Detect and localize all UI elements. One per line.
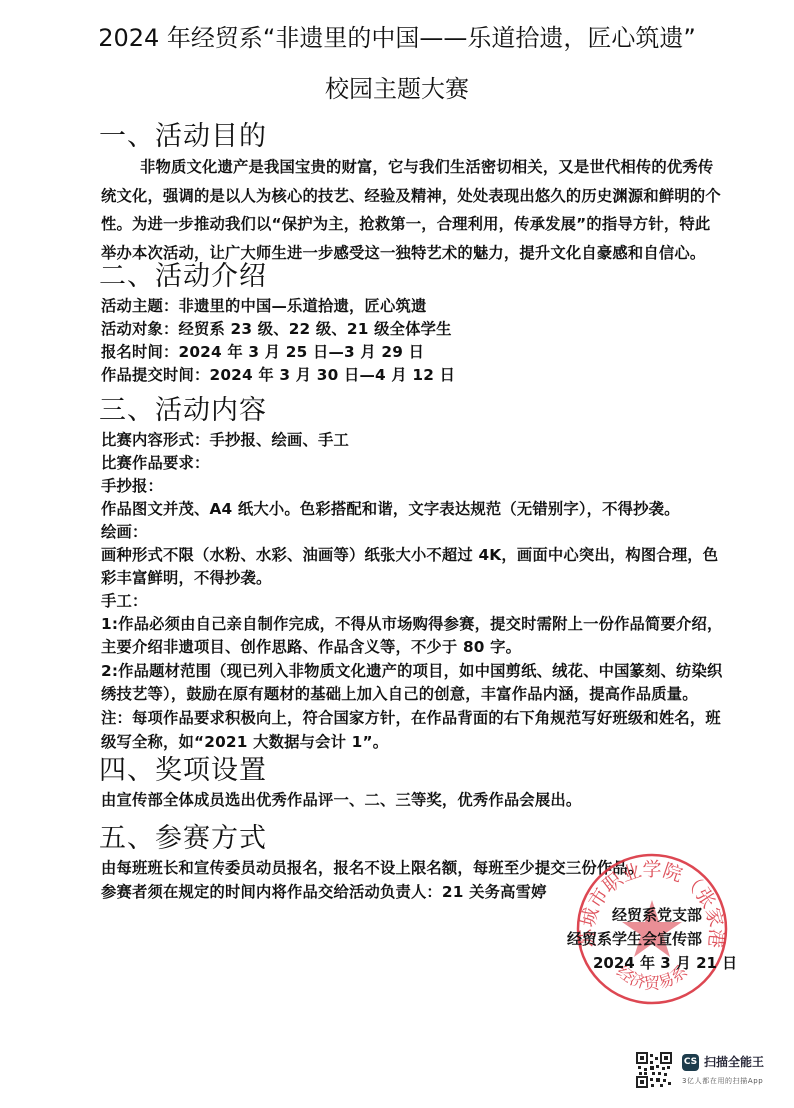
content-line: 作品图文并茂、A4 纸大小。色彩搭配和谐，文字表达规范（无错别字），不得抄袭。	[101, 497, 680, 519]
camscanner-tagline: 3亿人都在用的扫描App	[682, 1076, 763, 1086]
content-line: 1:作品必须由自己亲自制作完成，不得从市场购得参赛，提交时需附上一份作品简要介绍…	[101, 612, 723, 634]
content-line: 比赛作品要求：	[101, 451, 209, 473]
content-line: 注：每项作品要求积极向上，符合国家方针，在作品背面的右下角规范写好班级和姓名，班	[101, 706, 721, 728]
paragraph-line: 性。为进一步推动我们以“保护为主，抢救第一，合理利用，传承发展”的指导方针，特此	[101, 212, 710, 234]
section-heading-content: 三、活动内容	[99, 388, 267, 427]
content-line: 比赛内容形式：手抄报、绘画、手工	[101, 428, 349, 450]
awards-line: 由宣传部全体成员选出优秀作品评一、二、三等奖，优秀作品会展出。	[101, 788, 581, 810]
content-line: 彩丰富鲜明，不得抄袭。	[101, 566, 271, 588]
info-line-registration: 报名时间：2024 年 3 月 25 日—3 月 29 日	[101, 340, 424, 362]
camscanner-logo-icon: CS	[682, 1054, 699, 1071]
signature-org1: 经贸系党支部	[612, 904, 702, 925]
content-line: 手工：	[101, 589, 148, 611]
content-line: 主要介绍非遗项目、创作思路、作品含义等，不少于 80 字。	[101, 635, 521, 657]
camscanner-app-name: 扫描全能王	[704, 1053, 764, 1070]
qr-code-icon	[636, 1052, 672, 1088]
document-title-line2: 校园主题大赛	[0, 69, 794, 104]
section-heading-intro: 二、活动介绍	[99, 254, 267, 293]
content-line: 2:作品题材范围（现已列入非物质文化遗产的项目，如中国剪纸、绒花、中国篆刻、纺染…	[101, 659, 723, 681]
info-line-theme: 活动主题：非遗里的中国—乐道拾遗，匠心筑遗	[101, 294, 426, 316]
content-line: 手抄报：	[101, 474, 163, 496]
paragraph-line: 非物质文化遗产是我国宝贵的财富，它与我们生活密切相关，又是世代相传的优秀传	[140, 155, 713, 177]
section-heading-purpose: 一、活动目的	[99, 114, 267, 153]
info-line-audience: 活动对象：经贸系 23 级、22 级、21 级全体学生	[101, 317, 452, 339]
participation-line: 参赛者须在规定的时间内将作品交给活动负责人：21 关务高雪婷	[101, 880, 547, 902]
content-line: 绣技艺等），鼓励在原有题材的基础上加入自己的创意，丰富作品内涵，提高作品质量。	[101, 682, 698, 704]
info-line-submission: 作品提交时间：2024 年 3 月 30 日—4 月 12 日	[101, 363, 455, 385]
signature-org2: 经贸系学生会宣传部	[567, 928, 702, 949]
document-title-line1: 2024 年经贸系“非遗里的中国——乐道拾遗，匠心筑遗”	[0, 18, 794, 53]
section-heading-participation: 五、参赛方式	[99, 816, 267, 855]
paragraph-line: 统文化，强调的是以人为核心的技艺、经验及精神，处处表现出悠久的历史渊源和鲜明的个	[101, 184, 721, 206]
content-line: 绘画：	[101, 520, 148, 542]
section-heading-awards: 四、奖项设置	[99, 748, 267, 787]
participation-line: 由每班班长和宣传委员动员报名，报名不设上限名额，每班至少提交三份作品。	[101, 856, 643, 878]
content-line: 画种形式不限（水粉、水彩、油画等）纸张大小不超过 4K，画面中心突出，构图合理，…	[101, 543, 718, 565]
signature-date: 2024 年 3 月 21 日	[593, 952, 737, 973]
